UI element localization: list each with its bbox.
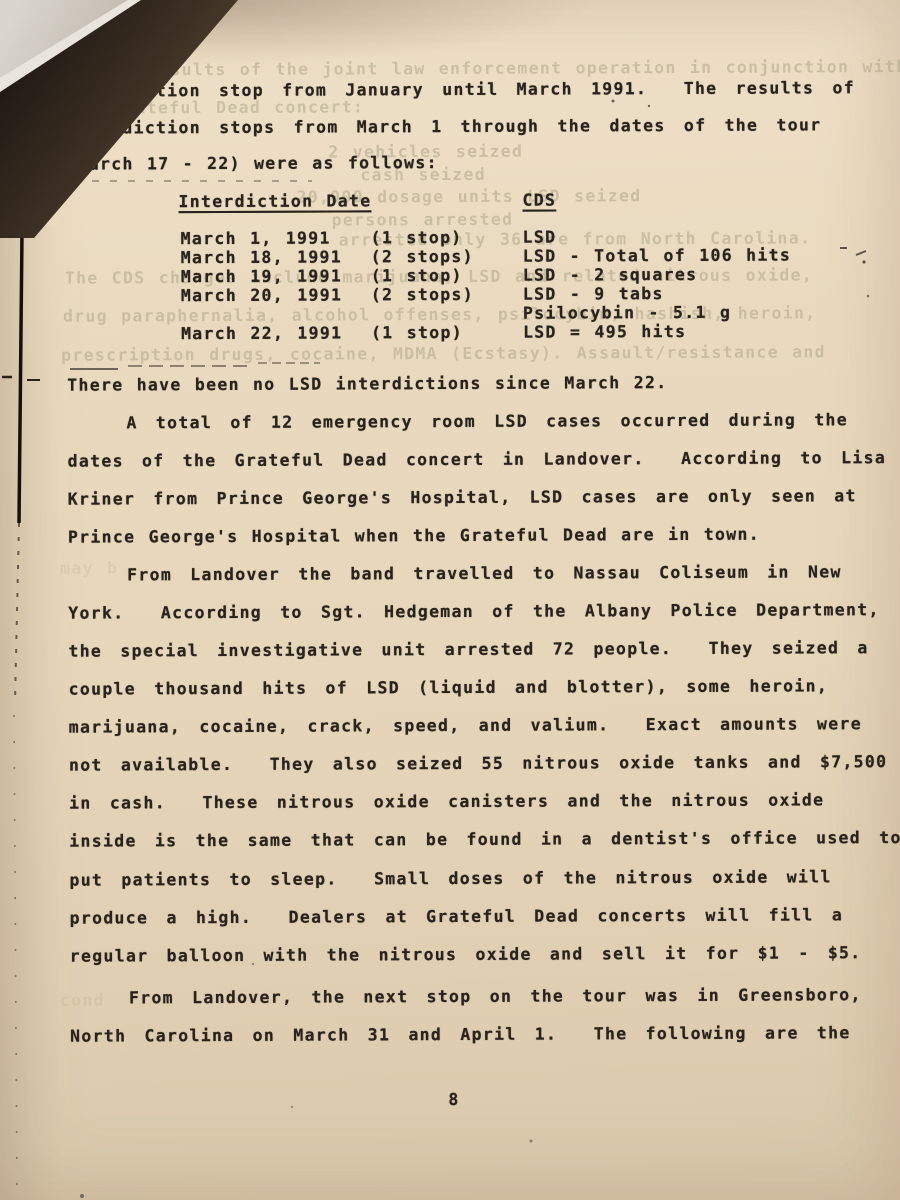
text-line: the special investigative unit arrested … xyxy=(68,637,868,662)
text-line: From Landover, the next stop on the tour… xyxy=(129,984,862,1009)
table-header-date: Interdiction Date xyxy=(178,190,371,213)
text-line: (March 17 - 22) were as follows: xyxy=(66,152,438,176)
table-cell-stops: (1 stop) xyxy=(371,322,463,344)
text-line: interdiction stop from January until Mar… xyxy=(66,77,855,102)
ghost-line: may b xyxy=(60,557,118,579)
text-line: dates of the Grateful Dead concert in La… xyxy=(68,447,887,473)
text-line: put patients to sleep. Small doses of th… xyxy=(69,866,831,891)
text-line: couple thousand hits of LSD (liquid and … xyxy=(69,675,829,700)
text-line: There have been no LSD interdictions sin… xyxy=(67,372,667,397)
text-line: produce a high. Dealers at Grateful Dead… xyxy=(70,904,844,929)
page-content: results of the joint law enforcement ope… xyxy=(0,0,900,1200)
text-line: North Carolina on March 31 and April 1. … xyxy=(70,1022,851,1047)
table-cell-stops: (2 stops) xyxy=(371,284,474,306)
text-line: York. According to Sgt. Hedgeman of the … xyxy=(68,599,880,625)
table-cell-date: March 20, 1991 xyxy=(181,284,342,307)
text-line: interdiction stops from March 1 through … xyxy=(66,114,821,139)
ghost-line: prescription drugs, cocaine, MDMA (Ecsta… xyxy=(61,341,826,366)
text-line: From Landover the band travelled to Nass… xyxy=(127,561,842,586)
text-line: regular balloon with the nitrous oxide a… xyxy=(70,942,862,967)
text-line: Kriner from Prince George's Hospital, LS… xyxy=(68,485,857,510)
text-line: Prince George's Hospital when the Gratef… xyxy=(68,524,760,549)
text-line: in cash. These nitrous oxide canisters a… xyxy=(69,789,824,814)
table-cell-date: March 22, 1991 xyxy=(181,322,342,345)
text-line: marijuana, cocaine, crack, speed, and va… xyxy=(69,713,862,738)
photographed-document: results of the joint law enforcement ope… xyxy=(0,0,900,1200)
text-line: inside is the same that can be found in … xyxy=(69,827,900,853)
text-line: A total of 12 emergency room LSD cases o… xyxy=(126,409,848,434)
page-number: 8 xyxy=(448,1089,459,1111)
table-header-cds: CDS xyxy=(522,190,556,212)
table-cell-cds: LSD = 495 hits xyxy=(523,321,686,344)
ghost-line: cond xyxy=(60,990,105,1012)
text-line: not available. They also seized 55 nitro… xyxy=(69,751,888,777)
